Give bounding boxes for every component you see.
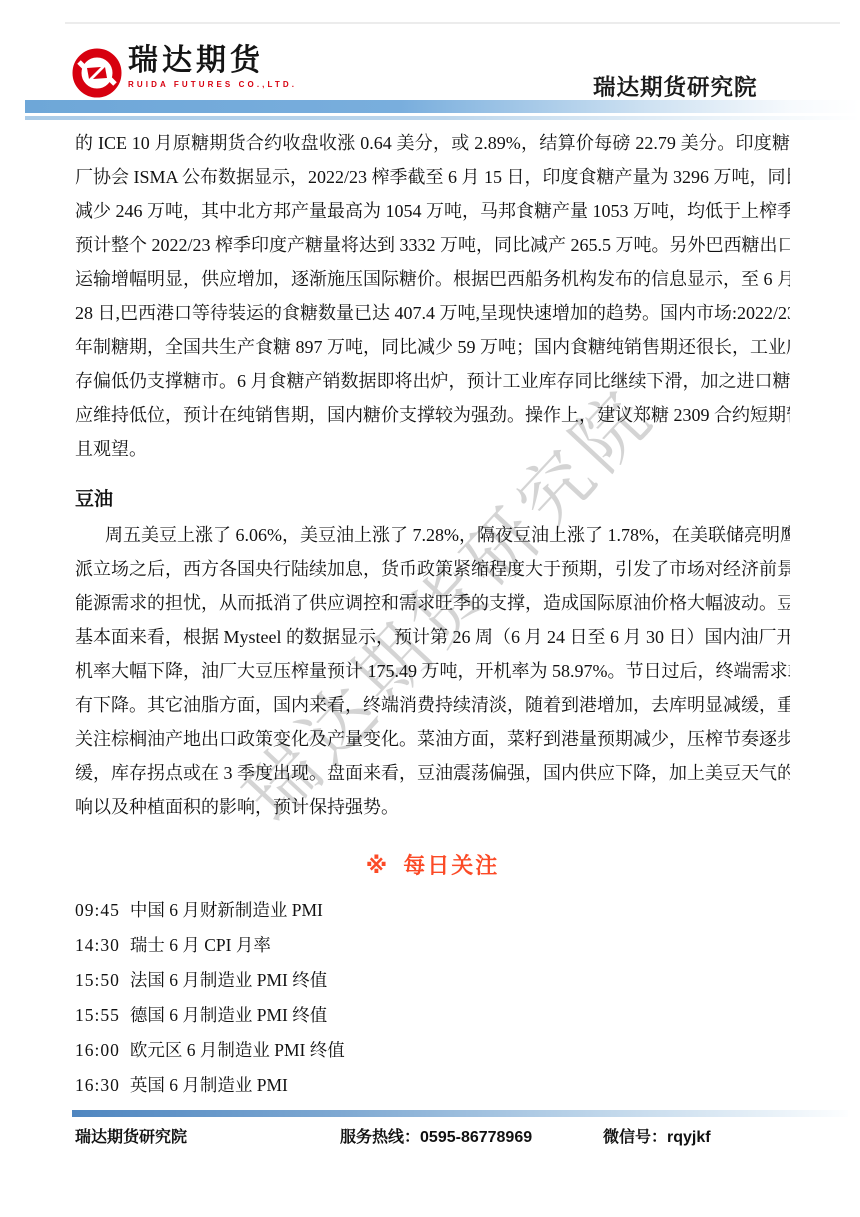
- paragraph-line: 响以及种植面积的影响，预计保持强势。: [75, 790, 790, 824]
- sugar-paragraph: 的 ICE 10 月原糖期货合约收盘收涨 0.64 美分，或 2.89%，结算价…: [75, 126, 790, 466]
- brand-logo: 瑞达期货 RUIDA FUTURES CO.,LTD.: [72, 44, 297, 98]
- top-divider: [65, 22, 840, 24]
- paragraph-line: 周五美豆上涨了 6.06%，美豆油上涨了 7.28%，隔夜豆油上涨了 1.78%…: [75, 518, 790, 552]
- daily-item-event: 瑞士 6 月 CPI 月率: [130, 935, 271, 955]
- paragraph-line: 厂协会 ISMA 公布数据显示，2022/23 榨季截至 6 月 15 日，印度…: [75, 160, 790, 194]
- report-body: 的 ICE 10 月原糖期货合约收盘收涨 0.64 美分，或 2.89%，结算价…: [75, 126, 790, 1103]
- daily-item: 16:30英国 6 月制造业 PMI: [75, 1068, 790, 1103]
- daily-item-event: 中国 6 月财新制造业 PMI: [130, 900, 323, 920]
- daily-item: 16:00欧元区 6 月制造业 PMI 终值: [75, 1033, 790, 1068]
- section-heading-soy-oil: 豆油: [75, 482, 790, 518]
- daily-item-event: 欧元区 6 月制造业 PMI 终值: [130, 1040, 345, 1060]
- footer-hotline-label: 服务热线：: [340, 1129, 420, 1146]
- paragraph-line: 基本面来看，根据 Mysteel 的数据显示，预计第 26 周（6 月 24 日…: [75, 620, 790, 654]
- page-title: 瑞达期货研究院: [593, 70, 758, 102]
- reference-mark-icon: ※: [366, 853, 389, 878]
- paragraph-line: 有下降。其它油脂方面，国内来看，终端消费持续清淡，随着到港增加，去库明显减缓，重…: [75, 688, 790, 722]
- brand-name-cn: 瑞达期货: [128, 44, 297, 78]
- footer-wechat-id: rqyjkf: [667, 1129, 711, 1146]
- paragraph-line: 年制糖期，全国共生产食糖 897 万吨，同比减少 59 万吨；国内食糖纯销售期还…: [75, 330, 790, 364]
- daily-item-event: 德国 6 月制造业 PMI 终值: [130, 1005, 327, 1025]
- paragraph-line: 派立场之后，西方各国央行陆续加息，货币政策紧缩程度大于预期，引发了市场对经济前景…: [75, 552, 790, 586]
- daily-focus-heading-label: 每日关注: [403, 853, 499, 878]
- footer-divider: [72, 1110, 848, 1117]
- paragraph-line: 运输增幅明显，供应增加，逐渐施压国际糖价。根据巴西船务机构发布的信息显示，至 6…: [75, 262, 790, 296]
- daily-item-time: 09:45: [75, 900, 120, 920]
- daily-item-time: 16:30: [75, 1075, 120, 1095]
- paragraph-line: 减少 246 万吨，其中北方邦产量最高为 1054 万吨，马邦食糖产量 1053…: [75, 194, 790, 228]
- paragraph-line: 且观望。: [75, 432, 790, 466]
- report-page: 瑞达期货研究院 瑞达期货 RUIDA FUTURES CO.,LTD. 瑞达期货…: [0, 0, 860, 1217]
- daily-item: 09:45中国 6 月财新制造业 PMI: [75, 893, 790, 928]
- footer-wechat-label: 微信号：: [603, 1129, 667, 1146]
- paragraph-line: 关注棕榈油产地出口政策变化及产量变化。菜油方面，菜籽到港量预期减少，压榨节奏逐步…: [75, 722, 790, 756]
- paragraph-line: 的 ICE 10 月原糖期货合约收盘收涨 0.64 美分，或 2.89%，结算价…: [75, 126, 790, 160]
- paragraph-line: 预计整个 2022/23 榨季印度产糖量将达到 3332 万吨，同比减产 265…: [75, 228, 790, 262]
- footer-org: 瑞达期货研究院: [75, 1124, 187, 1147]
- daily-item: 15:55德国 6 月制造业 PMI 终值: [75, 998, 790, 1033]
- paragraph-line: 28 日,巴西港口等待装运的食糖数量已达 407.4 万吨,呈现快速增加的趋势。…: [75, 296, 790, 330]
- paragraph-line: 能源需求的担忧，从而抵消了供应调控和需求旺季的支撑，造成国际原油价格大幅波动。豆…: [75, 586, 790, 620]
- daily-item-time: 16:00: [75, 1040, 120, 1060]
- paragraph-line: 缓，库存拐点或在 3 季度出现。盘面来看，豆油震荡偏强，国内供应下降，加上美豆天…: [75, 756, 790, 790]
- brand-text: 瑞达期货 RUIDA FUTURES CO.,LTD.: [128, 44, 297, 89]
- footer-hotline-number: 0595-86778969: [420, 1129, 532, 1146]
- daily-item: 14:30瑞士 6 月 CPI 月率: [75, 928, 790, 963]
- daily-focus-heading: ※每日关注: [75, 849, 790, 883]
- paragraph-line: 应维持低位，预计在纯销售期，国内糖价支撑较为强劲。操作上，建议郑糖 2309 合…: [75, 398, 790, 432]
- soy-oil-paragraph: 周五美豆上涨了 6.06%，美豆油上涨了 7.28%，隔夜豆油上涨了 1.78%…: [75, 518, 790, 824]
- brand-name-en: RUIDA FUTURES CO.,LTD.: [128, 80, 297, 89]
- paragraph-line: 机率大幅下降，油厂大豆压榨量预计 175.49 万吨，开机率为 58.97%。节…: [75, 654, 790, 688]
- daily-focus-list: 09:45中国 6 月财新制造业 PMI 14:30瑞士 6 月 CPI 月率 …: [75, 893, 790, 1103]
- daily-item: 15:50法国 6 月制造业 PMI 终值: [75, 963, 790, 998]
- daily-item-event: 法国 6 月制造业 PMI 终值: [130, 970, 327, 990]
- ruida-logo-icon: [72, 48, 122, 98]
- header-divider-sub: [25, 116, 860, 120]
- paragraph-line: 存偏低仍支撑糖市。6 月食糖产销数据即将出炉，预计工业库存同比继续下滑，加之进口…: [75, 364, 790, 398]
- daily-item-time: 15:55: [75, 1005, 120, 1025]
- daily-item-event: 英国 6 月制造业 PMI: [130, 1075, 288, 1095]
- daily-item-time: 15:50: [75, 970, 120, 990]
- daily-item-time: 14:30: [75, 935, 120, 955]
- footer-wechat: 微信号：rqyjkf: [603, 1124, 711, 1147]
- footer: 瑞达期货研究院 服务热线：0595-86778969 微信号：rqyjkf: [75, 1124, 790, 1148]
- footer-hotline: 服务热线：0595-86778969: [340, 1124, 532, 1147]
